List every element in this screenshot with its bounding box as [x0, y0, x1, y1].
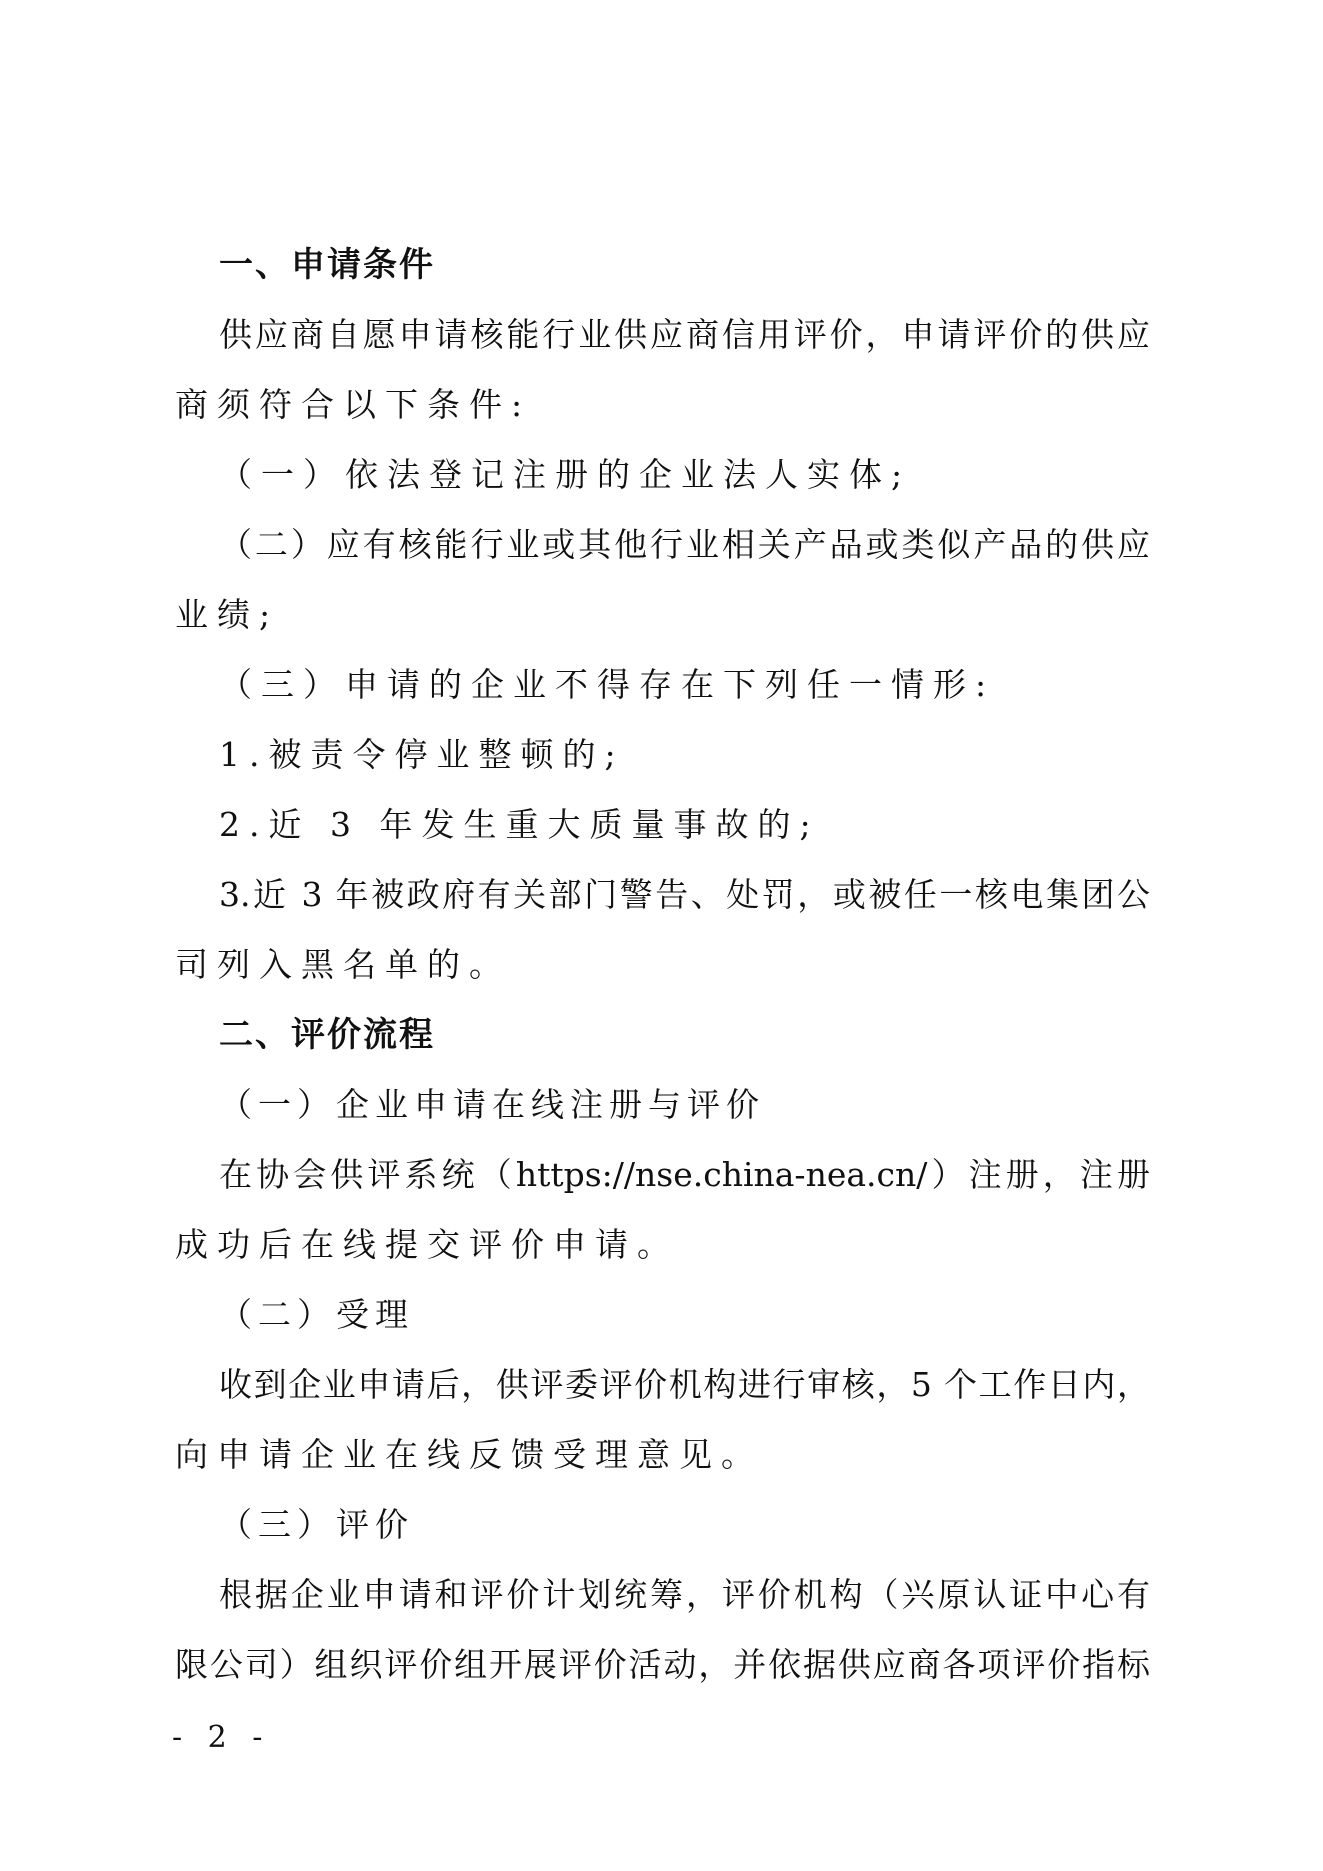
step-1-title: （一）企业申请在线注册与评价: [219, 1083, 1150, 1127]
step-3-line-2: 限公司）组织评价组开展评价活动，并依据供应商各项评价指标: [175, 1643, 1150, 1687]
exclusion-item-2: 2.近 3 年发生重大质量事故的;: [219, 803, 1150, 847]
condition-2-line-2: 业绩;: [175, 593, 1150, 637]
paragraph-intro-line-1: 供应商自愿申请核能行业供应商信用评价，申请评价的供应: [219, 313, 1150, 357]
exclusion-item-3-line-2: 司列入黑名单的。: [175, 943, 1150, 987]
condition-3: （三）申请的企业不得存在下列任一情形:: [219, 663, 1150, 707]
exclusion-item-1: 1.被责令停业整顿的;: [219, 733, 1150, 777]
step-2-line-2: 向申请企业在线反馈受理意见。: [175, 1433, 1150, 1477]
section-heading-evaluation-process: 二、评价流程: [219, 1013, 435, 1057]
step-2-title: （二）受理: [219, 1293, 1150, 1337]
step-1-line-1: 在协会供评系统（https://nse.china-nea.cn/）注册，注册: [219, 1153, 1150, 1197]
step-2-line-1: 收到企业申请后，供评委评价机构进行审核，5 个工作日内，: [219, 1363, 1150, 1407]
section-heading-application-conditions: 一、申请条件: [219, 243, 435, 287]
exclusion-item-3-line-1: 3.近 3 年被政府有关部门警告、处罚，或被任一核电集团公: [219, 873, 1150, 917]
condition-1: （一）依法登记注册的企业法人实体;: [219, 453, 1150, 497]
step-3-title: （三）评价: [219, 1503, 1150, 1547]
document-page: 一、申请条件 供应商自愿申请核能行业供应商信用评价，申请评价的供应 商须符合以下…: [0, 0, 1323, 1871]
paragraph-intro-line-2: 商须符合以下条件:: [175, 383, 1150, 427]
step-3-line-1: 根据企业申请和评价计划统筹，评价机构（兴原认证中心有: [219, 1573, 1150, 1617]
step-1-line-2: 成功后在线提交评价申请。: [175, 1223, 1150, 1267]
condition-2-line-1: （二）应有核能行业或其他行业相关产品或类似产品的供应: [219, 523, 1150, 567]
page-number: - 2 -: [172, 1718, 270, 1758]
